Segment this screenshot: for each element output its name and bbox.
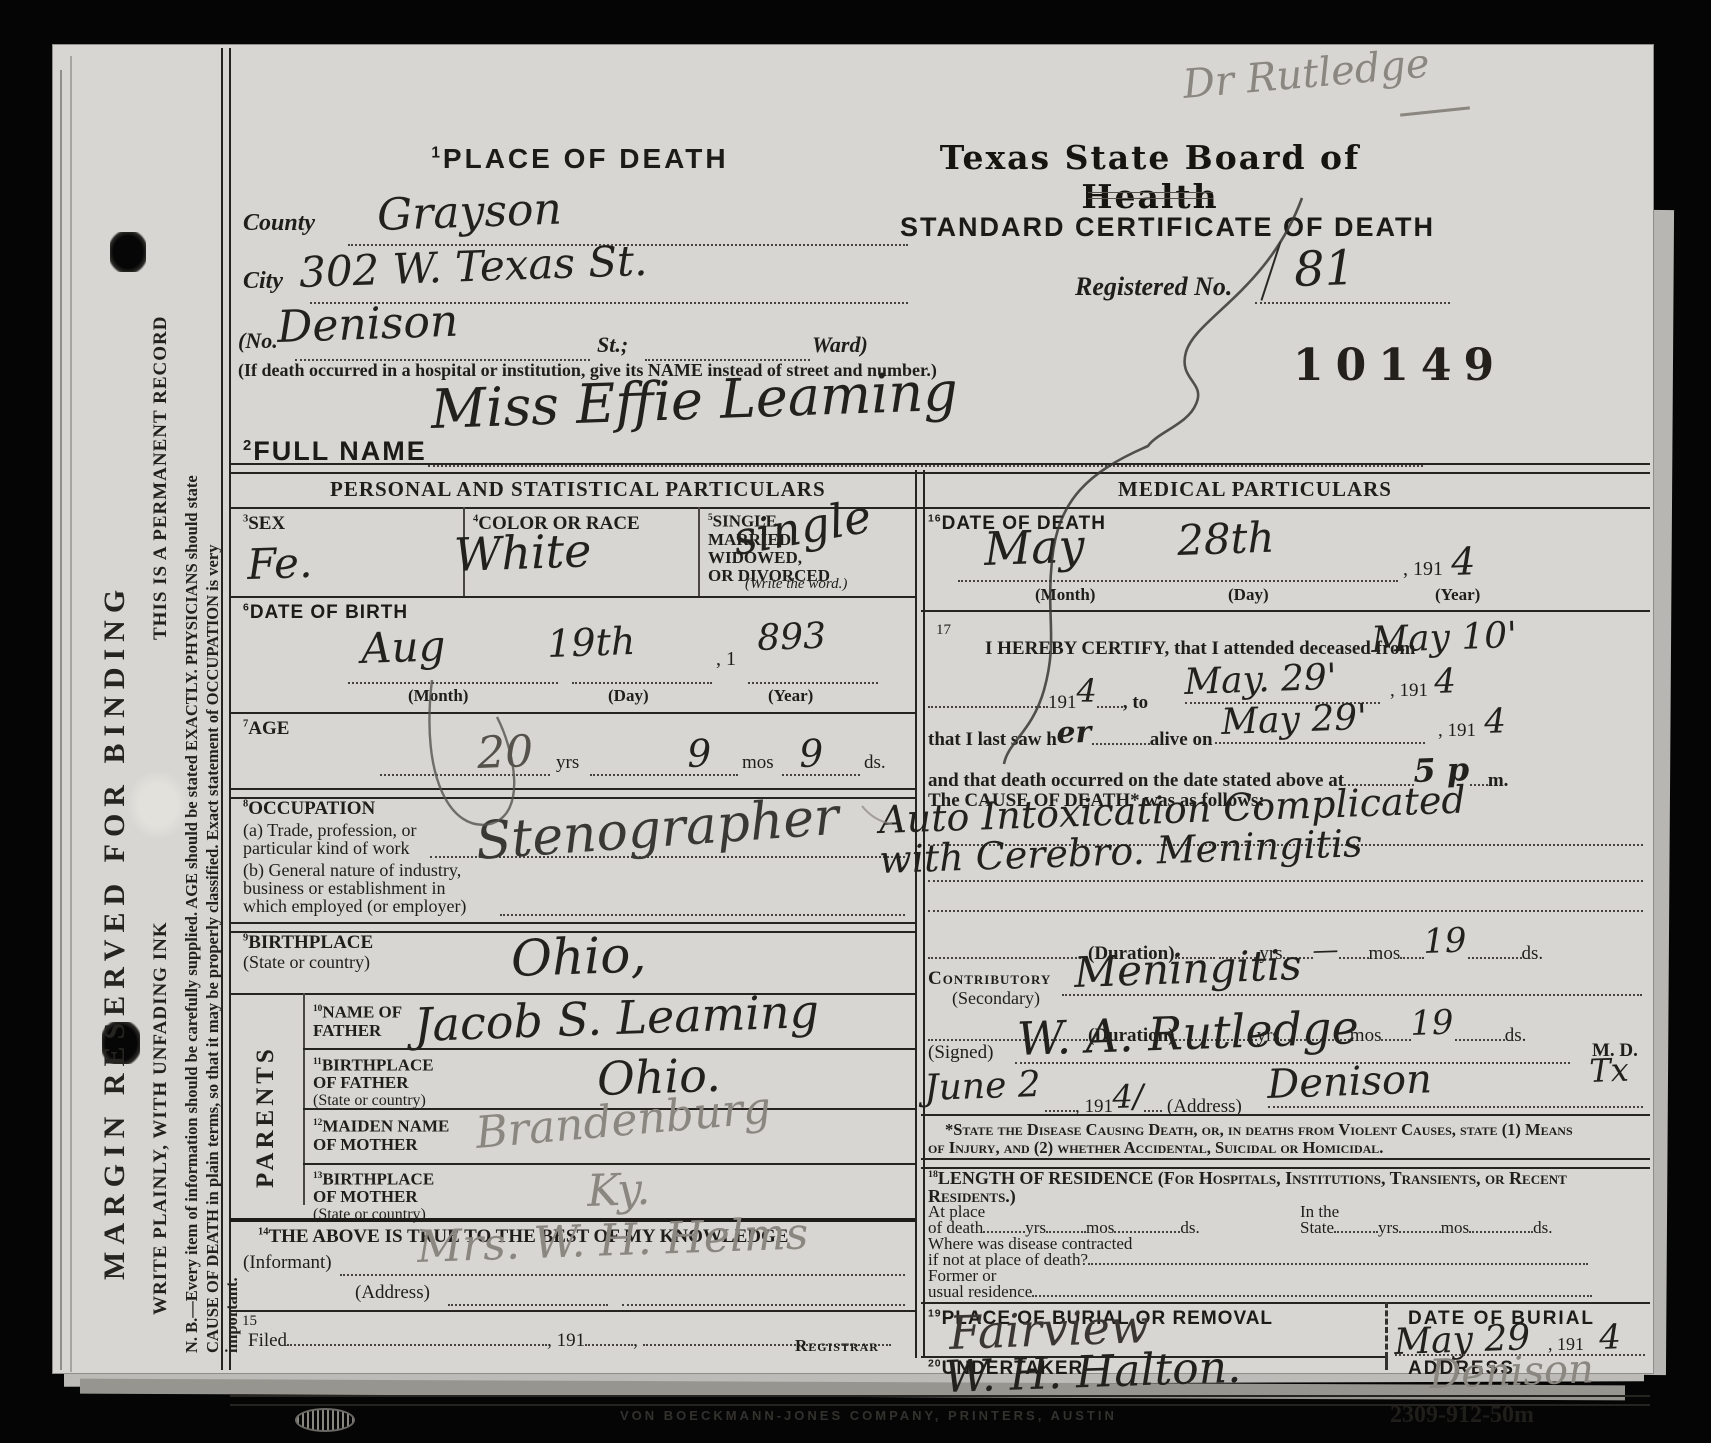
death-certificate-scan: MARGIN RESERVED FOR BINDING WRITE PLAINL…: [0, 0, 1711, 1443]
ink-flourish-strokes: [0, 0, 1711, 1443]
